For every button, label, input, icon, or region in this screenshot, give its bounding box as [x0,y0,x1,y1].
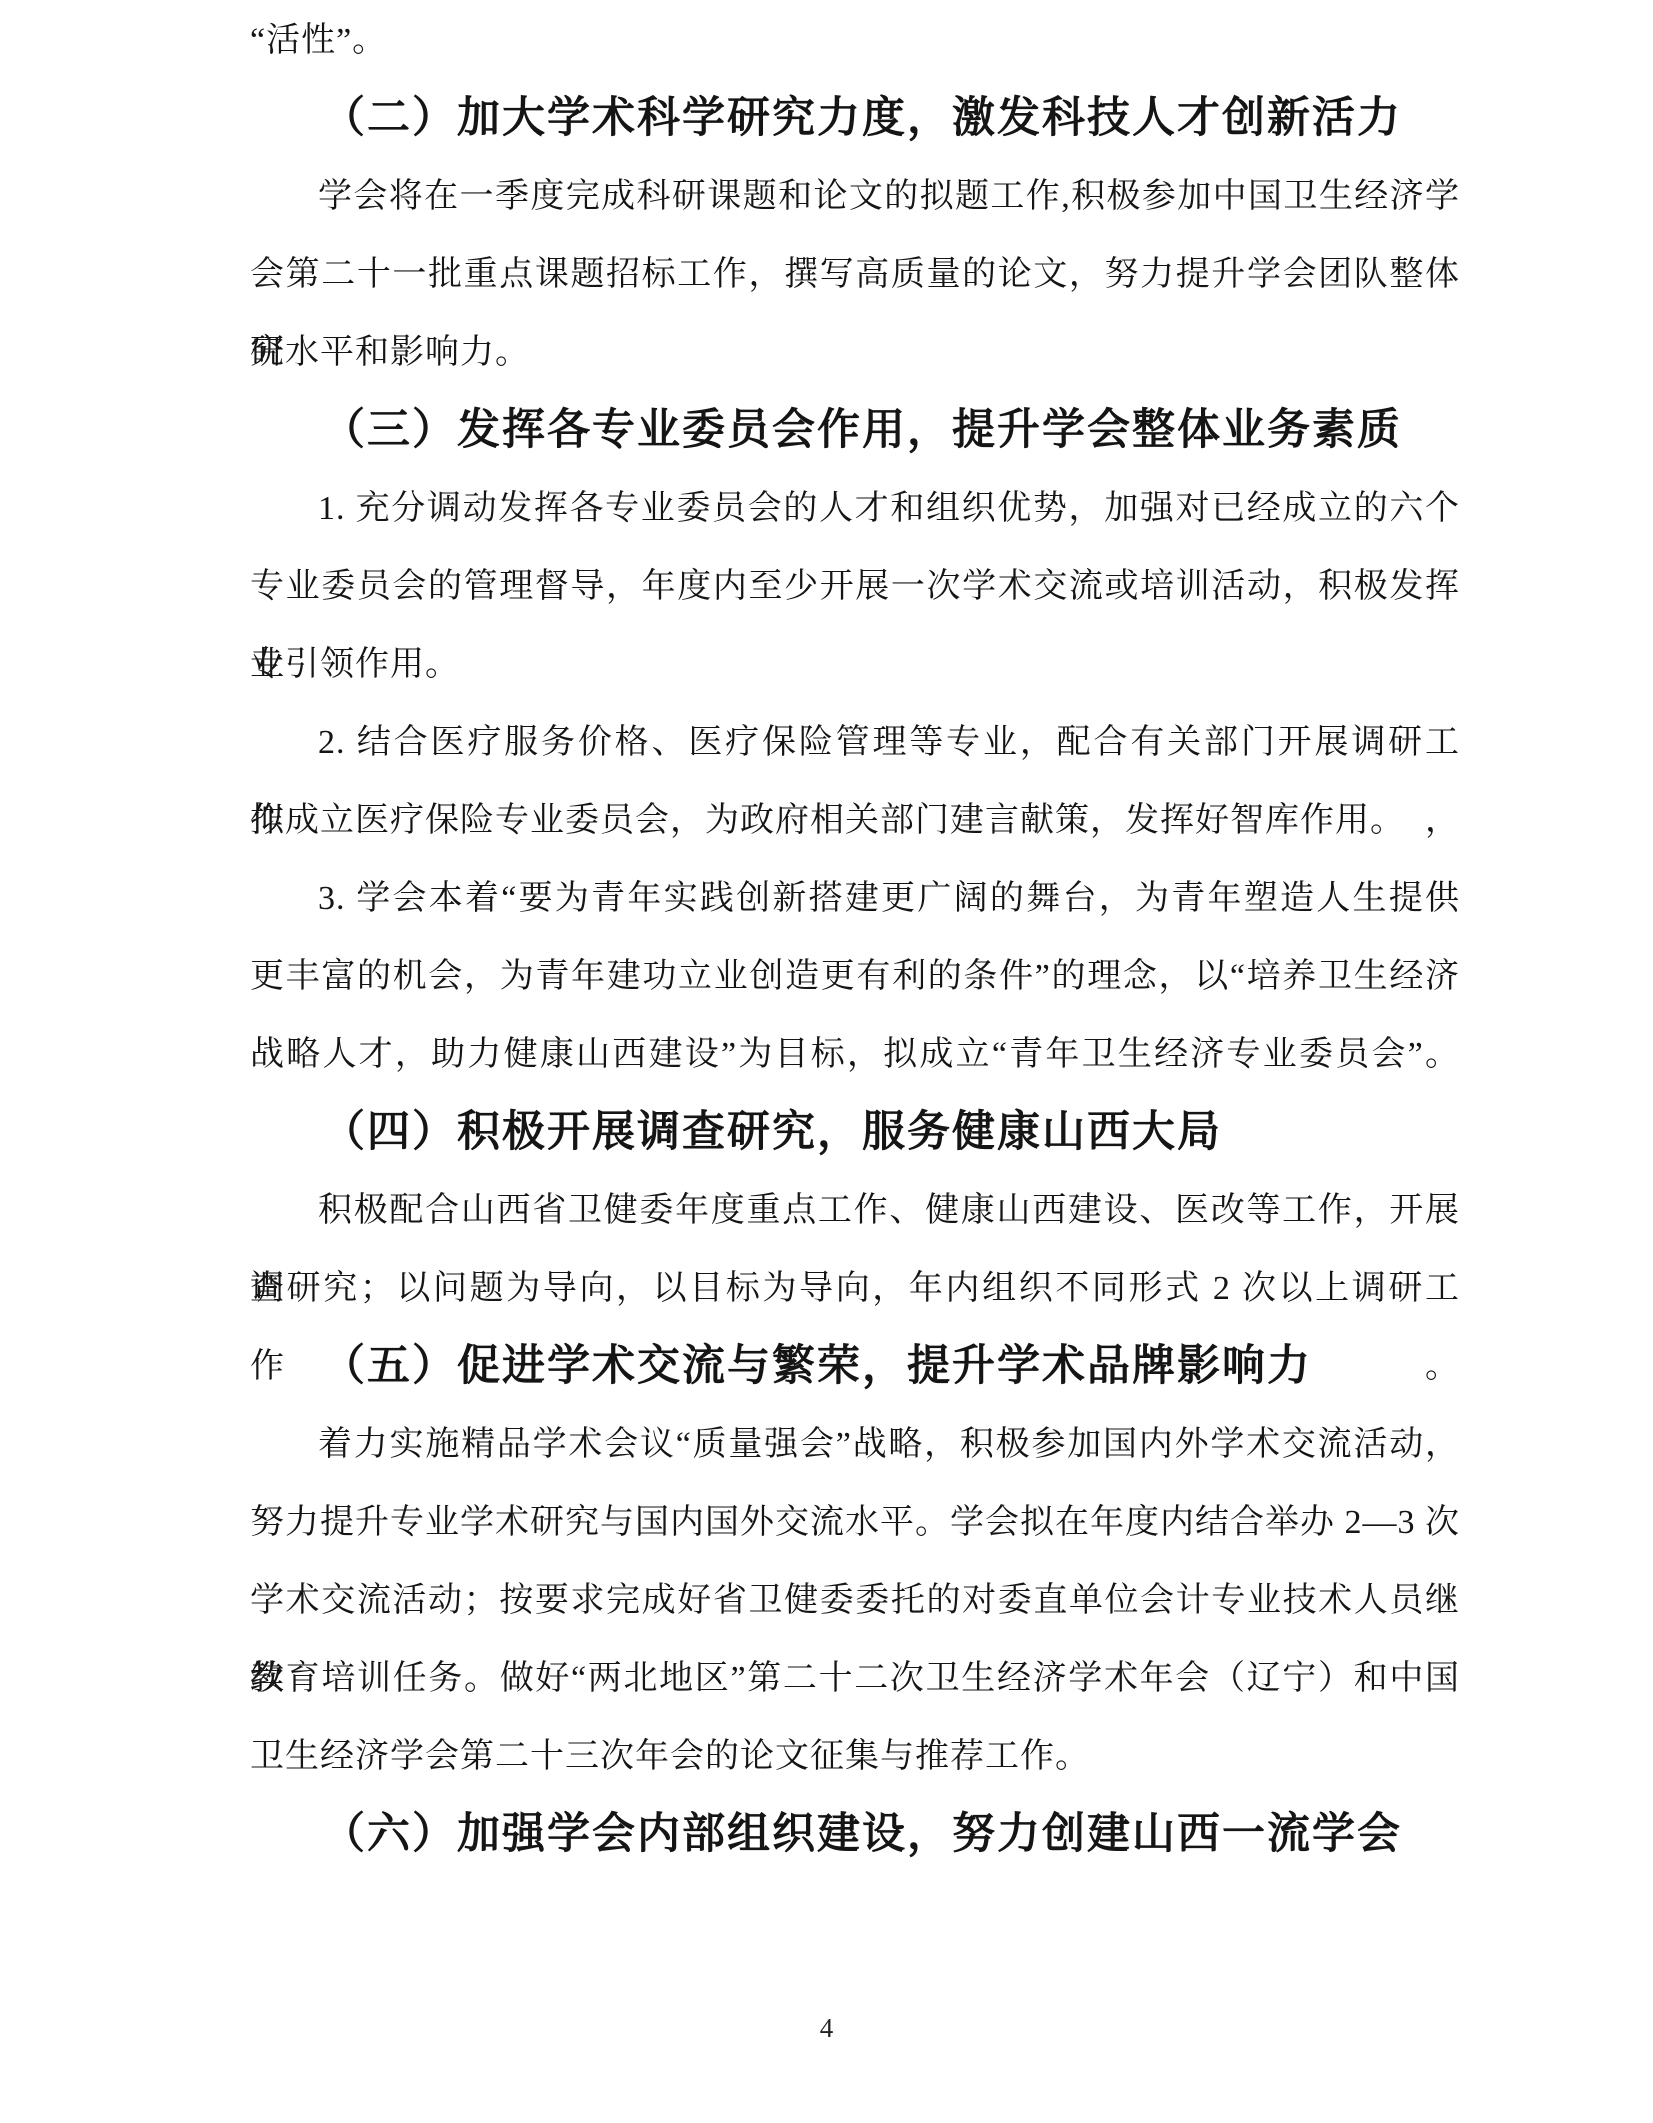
section-heading: （六）加强学会内部组织建设，努力创建山西一流学会 [250,1796,1460,1874]
text-line: 会第二十一批重点课题招标工作，撰写高质量的论文，努力提升学会团队整体研 [250,236,1460,314]
text-line: 专业委员会的管理督导，年度内至少开展一次学术交流或培训活动，积极发挥专 [250,548,1460,626]
text-line: 究水平和影响力。 [250,314,1460,392]
text-line: 1. 充分调动发挥各专业委员会的人才和组织优势，加强对已经成立的六个 [250,470,1460,548]
document-page: “活性”。（二）加大学术科学研究力度，激发科技人才创新活力学会将在一季度完成科研… [0,0,1653,2123]
page-number: 4 [0,2008,1653,2048]
text-lines: “活性”。（二）加大学术科学研究力度，激发科技人才创新活力学会将在一季度完成科研… [250,2,1460,1874]
text-line: 业引领作用。 [250,626,1460,704]
text-line: 努力提升专业学术研究与国内国外交流水平。学会拟在年度内结合举办 2—3 次 [250,1484,1460,1562]
text-line: 拟成立医疗保险专业委员会，为政府相关部门建言献策，发挥好智库作用。 [250,782,1460,860]
text-line: 教育培训任务。做好“两北地区”第二十二次卫生经济学术年会（辽宁）和中国 [250,1640,1460,1718]
text-line: 卫生经济学会第二十三次年会的论文征集与推荐工作。 [250,1718,1460,1796]
section-heading: （四）积极开展调查研究，服务健康山西大局 [250,1094,1460,1172]
section-heading: （三）发挥各专业委员会作用，提升学会整体业务素质 [250,392,1460,470]
text-line: 战略人才，助力健康山西建设”为目标，拟成立“青年卫生经济专业委员会”。 [250,1016,1460,1094]
section-heading: （二）加大学术科学研究力度，激发科技人才创新活力 [250,80,1460,158]
text-line: 更丰富的机会，为青年建功立业创造更有利的条件”的理念，以“培养卫生经济 [250,938,1460,1016]
text-line: 学术交流活动；按要求完成好省卫健委委托的对委直单位会计专业技术人员继续 [250,1562,1460,1640]
text-line: 2. 结合医疗服务价格、医疗保险管理等专业，配合有关部门开展调研工作， [250,704,1460,782]
text-line: 着力实施精品学术会议“质量强会”战略，积极参加国内外学术交流活动， [250,1406,1460,1484]
text-line: 3. 学会本着“要为青年实践创新搭建更广阔的舞台，为青年塑造人生提供 [250,860,1460,938]
text-line: 积极配合山西省卫健委年度重点工作、健康山西建设、医改等工作，开展调 [250,1172,1460,1250]
text-line: 查研究；以问题为导向，以目标为导向，年内组织不同形式 2 次以上调研工作。 [250,1250,1460,1328]
text-line: “活性”。 [250,2,1460,80]
text-line: 学会将在一季度完成科研课题和论文的拟题工作,积极参加中国卫生经济学 [250,158,1460,236]
section-heading: （五）促进学术交流与繁荣，提升学术品牌影响力 [250,1328,1460,1406]
